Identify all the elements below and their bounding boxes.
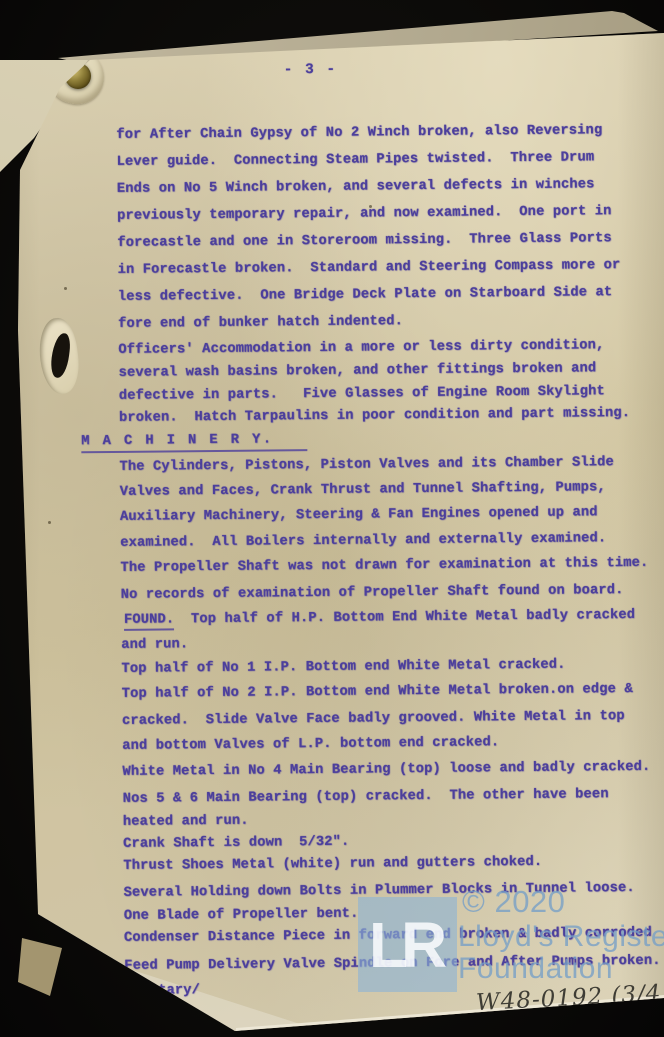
- scanned-document-photo: - 3 - for After Chain Gypsy of No 2 Winc…: [0, 0, 664, 1037]
- lloyds-register-logo: LR: [358, 897, 457, 992]
- watermark-org-line2: Foundation: [458, 952, 613, 986]
- watermark-copyright: © 2020: [462, 884, 565, 920]
- watermark-org-line1: Lloyd's Register: [458, 920, 664, 954]
- watermark: LR © 2020 Lloyd's Register Foundation: [0, 0, 664, 1037]
- document-page: - 3 - for After Chain Gypsy of No 2 Winc…: [0, 0, 664, 1037]
- lr-logo-text: LR: [369, 913, 446, 977]
